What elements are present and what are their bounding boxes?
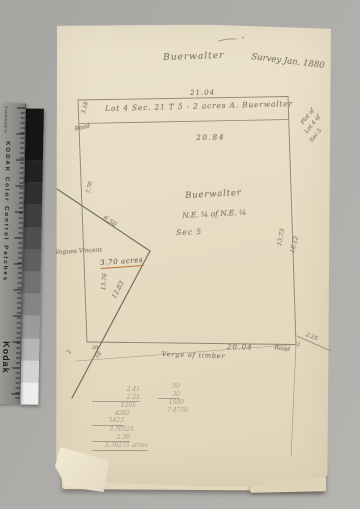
kodak-gray-patch [21,338,39,361]
survey-drawing [0,0,360,509]
kodak-gray-patch [21,316,39,339]
kodak-color-control-strip: Centimeters KODAK Color Control Patches … [0,103,44,405]
kodak-strip-label: KODAK Color Control Patches [2,141,11,282]
kodak-gray-patch [20,382,38,405]
plot-top-line [78,97,288,101]
kodak-gray-patch [23,249,41,272]
kodak-brand-label: Kodak [1,341,12,374]
kodak-gray-patch [24,183,42,206]
kodak-gray-patch [22,294,40,317]
plot-left-line [78,100,87,342]
kodak-gray-patch [23,227,41,250]
right-line-extension [291,345,296,458]
ruler-unit-label: Centimeters [3,106,9,133]
diagonal-upper-line [57,189,150,251]
verge-line [76,345,296,362]
scanner-background: Centimeters KODAK Color Control Patches … [0,0,360,509]
plot-right-line [288,97,296,345]
kodak-gray-patch [22,271,40,294]
plot-bottom-line [87,342,296,345]
pencil-dash-mark [219,39,236,41]
kodak-gray-patch [25,108,44,160]
pencil-dot [242,37,244,39]
kodak-gray-patch [24,160,42,183]
kodak-gray-patch [24,205,42,228]
diagonal-lower-line [72,251,150,398]
kodak-gray-patch [21,360,39,383]
plot-strip-line [79,120,289,124]
road-offset-line [297,336,331,351]
